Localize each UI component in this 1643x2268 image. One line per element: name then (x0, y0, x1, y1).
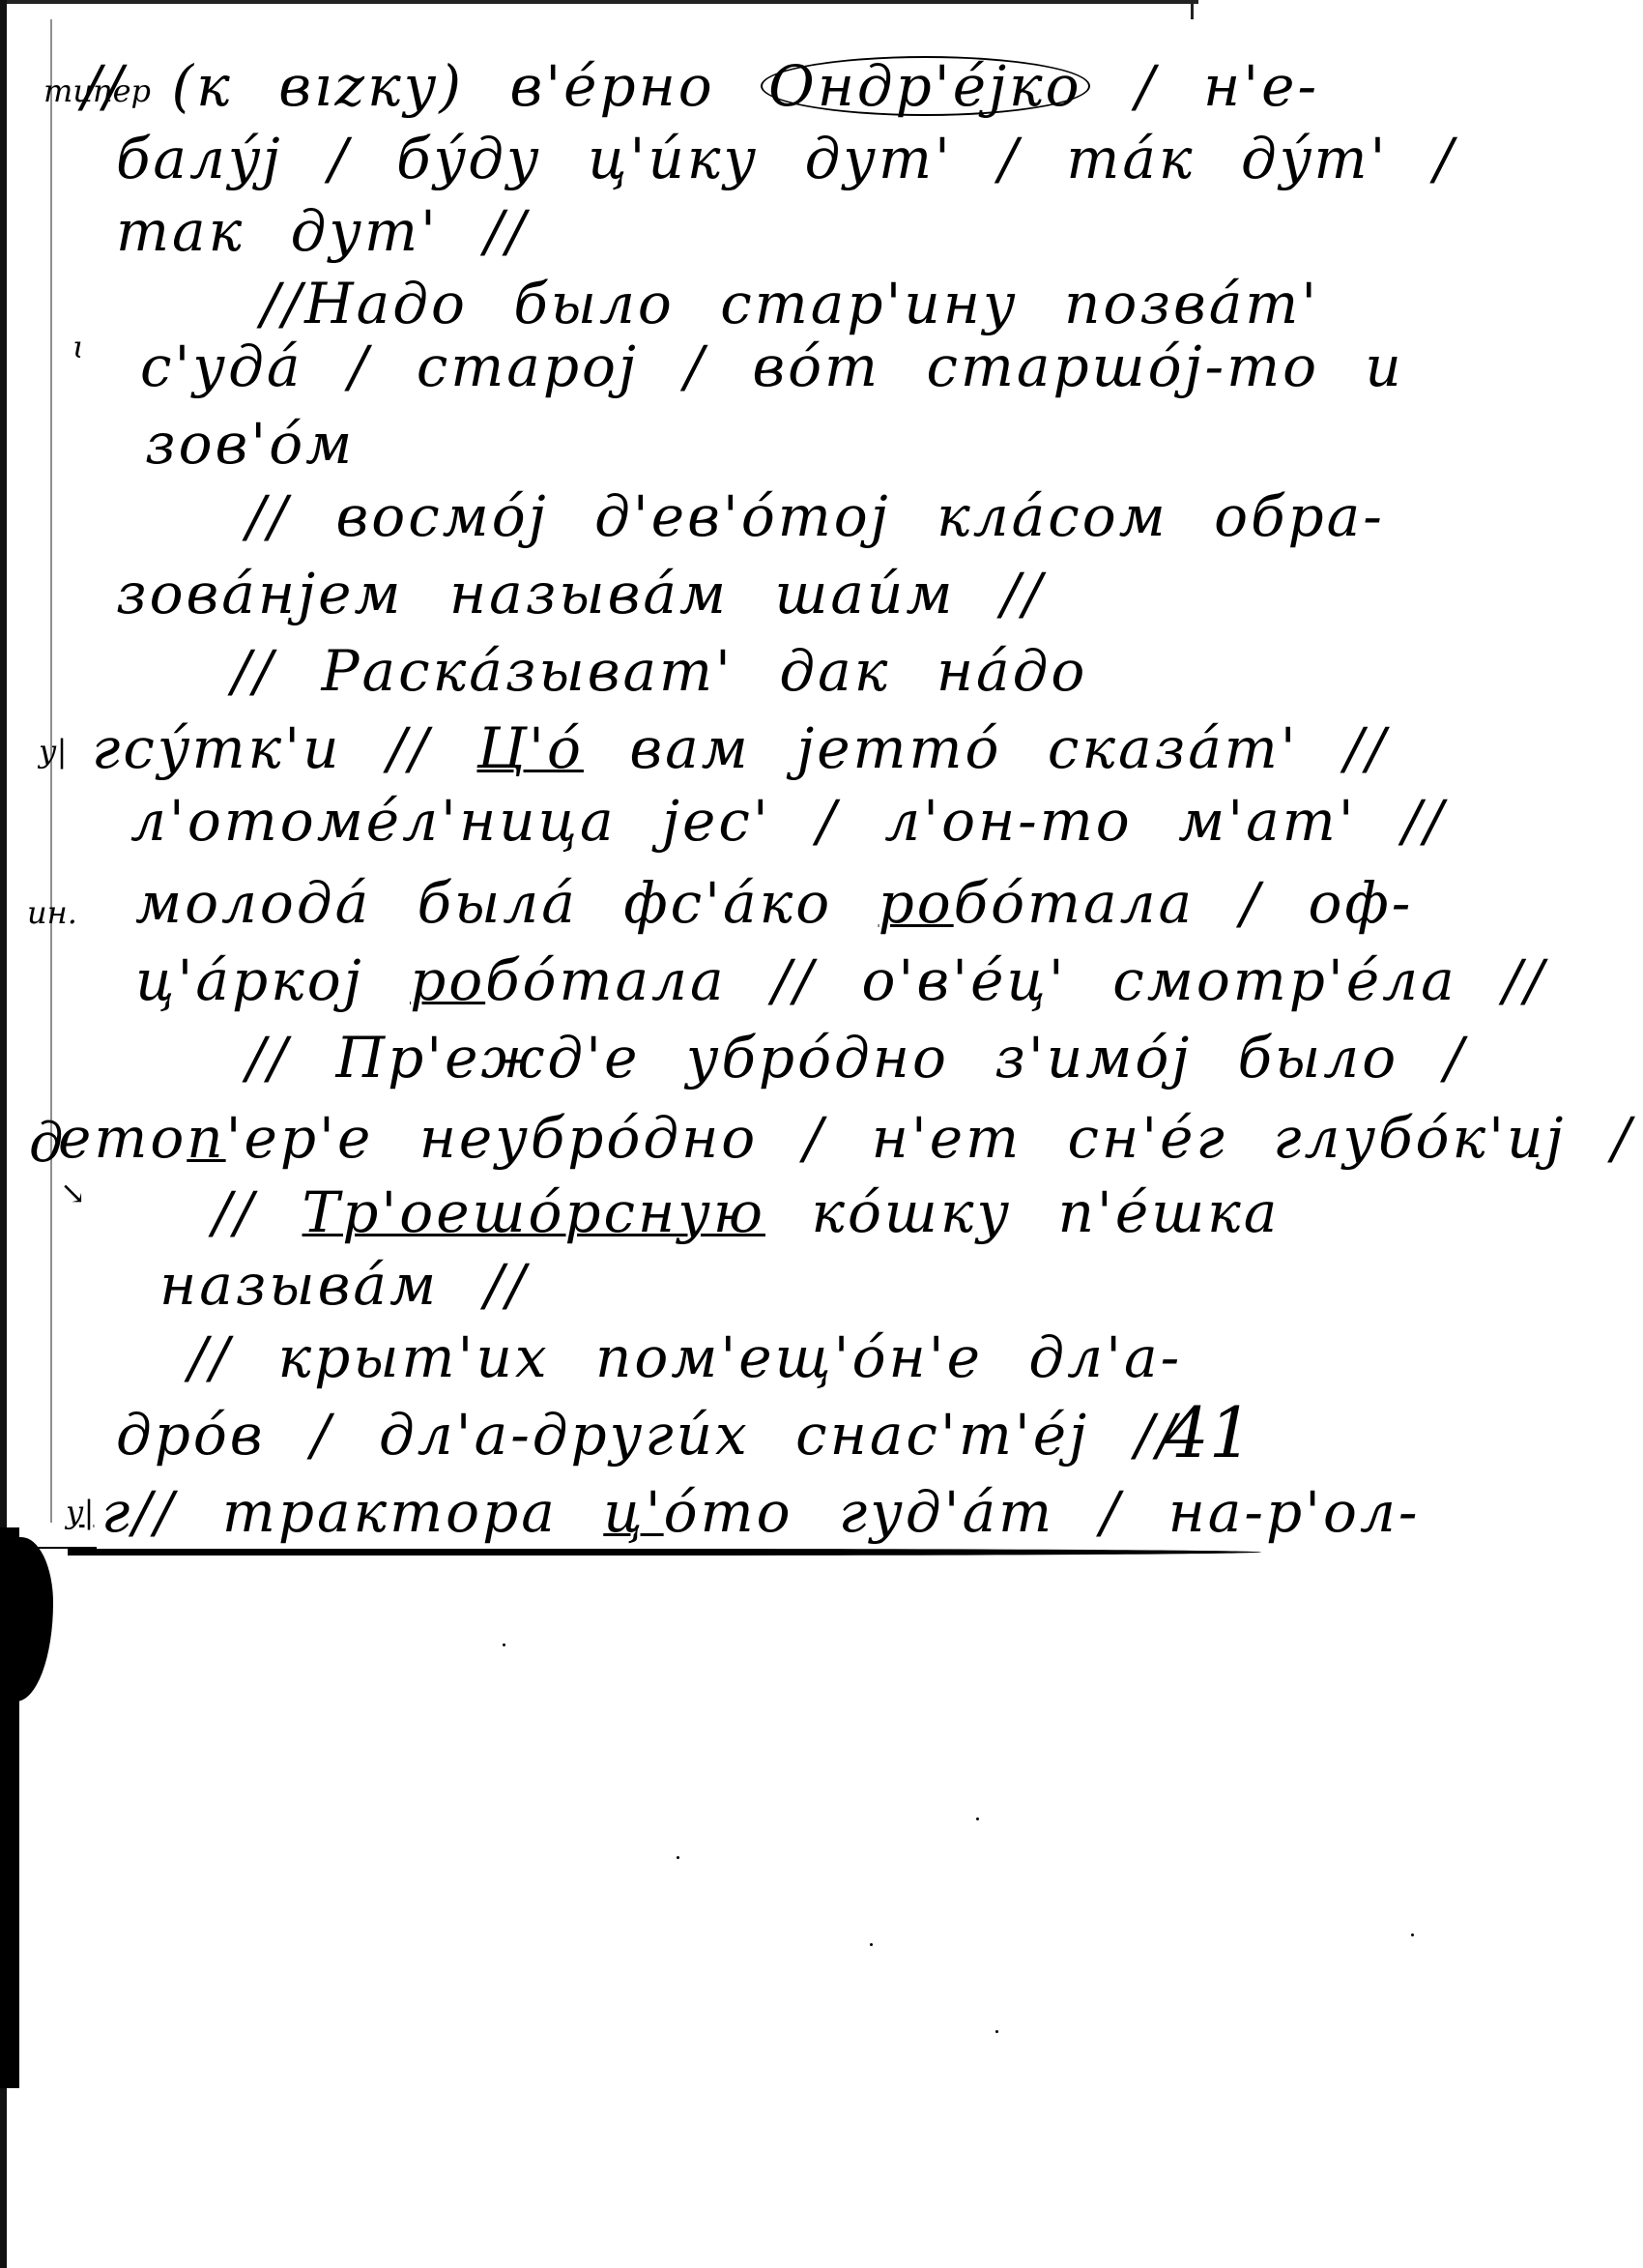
underlined-syllable: ро (879, 870, 954, 936)
circled-word: Ондр'éјко (761, 56, 1089, 116)
line-text: вам јеттó сказáт' // (629, 715, 1388, 781)
margin-rule (50, 19, 52, 1523)
text-line: г// трактора ц'óто гуд'áт / на-р'ол- (101, 1484, 1420, 1540)
scan-speck (677, 1856, 679, 1859)
text-line: зовáнјем назывáм шаúм // (116, 566, 1045, 622)
end-rule (68, 1549, 1261, 1556)
line-text: сýтк'и // (123, 715, 431, 781)
text-line: етоп'ер'е неубрóдно / н'ет сн'éг глубóк'… (58, 1110, 1633, 1166)
line-text: г (101, 1479, 132, 1545)
text-line: // (к вızку) в'éрно Ондр'éјко / н'е- (82, 56, 1319, 116)
underlined-syllable: ро (410, 947, 485, 1013)
text-line: гсýтк'и // Ц'ó вам јеттó сказáт' // (92, 720, 1388, 776)
line-text: балýј / бýду ц'úку дут' / тáк дýт' / (116, 126, 1456, 191)
scan-speck (870, 1943, 873, 1946)
text-line: молодá былá фс'áко робóтала / оф- (135, 875, 1413, 931)
text-line: // Раскáзыват' дак нáдо (232, 643, 1087, 699)
line-text: дрóв / дл'а-другúх снас'т'éј // (116, 1402, 1179, 1468)
line-text: г (92, 715, 123, 781)
line-text: // (82, 53, 126, 119)
margin-note: ин. (27, 894, 77, 931)
text-line: // Пр'ежд'е убрóдно з'имóј было / (246, 1030, 1466, 1086)
underlined-letter: п (187, 1105, 225, 1171)
page-number: 41 (1165, 1392, 1254, 1473)
text-line: зов'óм (145, 416, 355, 472)
text-line: ц'áркој робóтала // о'в'éц' смотр'éла // (135, 952, 1546, 1008)
line-text: // (213, 1179, 256, 1245)
line-text: кóшку п'éшка (811, 1179, 1280, 1245)
text-line: балýј / бýду ц'úку дут' / тáк дýт' / (116, 131, 1456, 187)
underlined-word: Тр'оешóрсную (303, 1179, 765, 1245)
underlined-letter: ц' (603, 1479, 663, 1545)
margin-note: ↘ (60, 1175, 86, 1211)
line-text: // Пр'ежд'е убрóдно з'имóј было / (246, 1025, 1466, 1090)
scan-top-edge-corner (1191, 0, 1194, 19)
text-line: с'удá / старој / вóт старшóј-то и (140, 338, 1404, 394)
text-line: назывáм // (159, 1257, 529, 1313)
line-text: назывáм // (159, 1252, 529, 1318)
scan-speck (503, 1643, 505, 1646)
text-line: // Тр'оешóрсную кóшку п'éшка (213, 1184, 1280, 1240)
line-text: е (58, 1105, 94, 1171)
scan-speck (995, 2030, 998, 2033)
text-line: л'отомéл'ница јес' / л'он-то м'ат' // (130, 793, 1446, 849)
line-text: / н'е- (1136, 53, 1319, 119)
line-text: молодá былá фс'áко (135, 870, 832, 936)
line-text: бóтала // о'в'éц' смотр'éла // (485, 947, 1546, 1013)
line-text: с'удá / старој / вóт старшóј-то и (140, 334, 1404, 399)
line-text: зовáнјем назывáм шаúм // (116, 561, 1045, 626)
line-text: 'ер'е неубрóдно / н'ет сн'éг глубóк'иј / (226, 1105, 1634, 1171)
scan-left-shadow (0, 1527, 19, 2088)
line-text: óто гуд'áт / на-р'ол- (664, 1479, 1421, 1545)
line-text: // трактора (132, 1479, 557, 1545)
line-text: бóтала / оф- (954, 870, 1414, 936)
line-text: зов'óм (145, 411, 355, 477)
line-text: ц'áркој (135, 947, 364, 1013)
text-line: //Надо было стар'ину позвáт' (261, 276, 1319, 332)
scan-top-edge (0, 0, 1198, 4)
line-text: л'отомéл'ница јес' / л'он-то м'ат' // (130, 788, 1446, 854)
line-text: //Надо было стар'ину позвáт' (261, 271, 1319, 336)
scan-speck (976, 1817, 979, 1820)
text-line: дрóв / дл'а-другúх снас'т'éј // (116, 1407, 1179, 1463)
margin-note: ɩ (72, 329, 85, 365)
scan-speck (1411, 1934, 1414, 1936)
text-line: // крыт'их пом'ещ'óн'е дл'а- (188, 1329, 1182, 1385)
line-text: // восмóј д'ев'óтој клáсом обра- (246, 483, 1385, 549)
line-text: то (94, 1105, 187, 1171)
line-text: // крыт'их пом'ещ'óн'е дл'а- (188, 1324, 1182, 1390)
text-line: // восмóј д'ев'óтој клáсом обра- (246, 488, 1385, 544)
line-text: (к вızку) в'éрно (172, 53, 715, 119)
margin-note: у| (39, 733, 67, 770)
margin-note: у| (66, 1494, 94, 1530)
scanned-page: типер ɩ у| ин. д ↘ у| // (к вızку) в'éрн… (0, 0, 1643, 2268)
text-line: так дут' // (116, 203, 529, 259)
line-text: // Раскáзыват' дак нáдо (232, 638, 1087, 704)
underlined-word: Ц'ó (476, 715, 583, 781)
line-text: так дут' // (116, 198, 529, 264)
